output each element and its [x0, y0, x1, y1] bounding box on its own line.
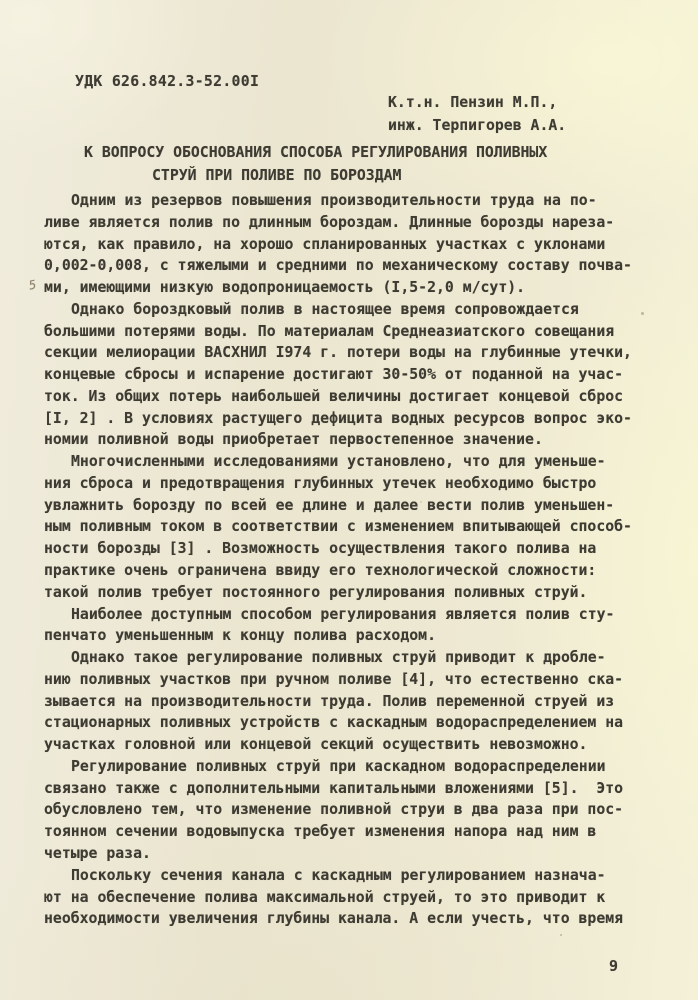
text-line: номии поливной воды приобретает первосте… [44, 429, 684, 451]
text-line: [I, 2] . В условиях растущего дефицита в… [44, 408, 684, 430]
margin-pencil-mark: 5 [28, 277, 38, 292]
text-line: ным поливным током в соответствии с изме… [44, 516, 684, 538]
text-line: ми, имеющими низкую водопроницаемость (I… [44, 277, 684, 299]
text-line: Поскольку сечения канала с каскадным рег… [44, 865, 684, 887]
text-line: ют на обеспечение полива максимальной ст… [44, 887, 684, 909]
text-line: Регулирование поливных струй при каскадн… [44, 756, 684, 778]
text-line: Наиболее доступным способом регулировани… [44, 604, 684, 626]
text-line: тоянном сечении водовыпуска требует изме… [44, 821, 684, 843]
text-line: связано также с дополнительными капиталь… [44, 778, 684, 800]
text-line: ливе является полив по длинным бороздам.… [44, 212, 684, 234]
paragraph: Однако такое регулирование поливных стру… [44, 647, 684, 756]
text-line: Однако такое регулирование поливных стру… [44, 647, 684, 669]
scanned-paper-page: УДК 626.842.3-52.00I К.т.н. Пензин М.П.,… [0, 0, 698, 1000]
paragraph: Многочисленными исследованиями установле… [44, 451, 684, 603]
text-line: ются, как правило, на хорошо спланирован… [44, 234, 684, 256]
title-line: К ВОПРОСУ ОБОСНОВАНИЯ СПОСОБА РЕГУЛИРОВА… [84, 141, 547, 164]
text-line: участках головной или концевой секций ос… [44, 734, 684, 756]
text-line: ности борозды [3] . Возможность осуществ… [44, 538, 684, 560]
text-line: ния сброса и предотвращения глубинных ут… [44, 473, 684, 495]
text-line: 0,002-0,008, с тяжелыми и средними по ме… [44, 255, 684, 277]
text-line: Многочисленными исследованиями установле… [44, 451, 684, 473]
paragraph: Поскольку сечения канала с каскадным рег… [44, 865, 684, 930]
document-body: Одним из резервов повышения производител… [44, 190, 684, 930]
scan-speck [641, 312, 644, 315]
text-line: обусловлено тем, что изменение поливной … [44, 799, 684, 821]
paragraph: Наиболее доступным способом регулировани… [44, 604, 684, 648]
authors-block: К.т.н. Пензин М.П., инж. Терпигорев А.А. [388, 91, 566, 137]
text-line: концевые сбросы и испарение достигают 30… [44, 364, 684, 386]
author-line: инж. Терпигорев А.А. [388, 114, 566, 137]
udk-classification: УДК 626.842.3-52.00I [75, 70, 259, 93]
text-line: Однако бороздковый полив в настоящее вре… [44, 299, 684, 321]
scan-speck [420, 501, 422, 503]
page-number: 9 [609, 955, 618, 977]
text-line: ток. Из общих потерь наибольшей величины… [44, 386, 684, 408]
text-line: Одним из резервов повышения производител… [44, 190, 684, 212]
text-line: такой полив требует постоянного регулиро… [44, 582, 684, 604]
text-line: стационарных поливных устройств с каскад… [44, 712, 684, 734]
text-line: секции мелиорации ВАСХНИЛ I974 г. потери… [44, 342, 684, 364]
title-line: СТРУЙ ПРИ ПОЛИВЕ ПО БОРОЗДАМ [152, 164, 547, 187]
text-line: необходимости увеличения глубины канала.… [44, 908, 684, 930]
scan-speck [560, 934, 562, 936]
text-line: практике очень ограничена ввиду его техн… [44, 560, 684, 582]
text-line: увлажнить борозду по всей ее длине и дал… [44, 495, 684, 517]
paragraph: Регулирование поливных струй при каскадн… [44, 756, 684, 865]
text-line: нию поливных участков при ручном поливе … [44, 669, 684, 691]
text-line: пенчато уменьшенным к концу полива расхо… [44, 625, 684, 647]
text-line: зывается на производительности труда. По… [44, 691, 684, 713]
paragraph: Однако бороздковый полив в настоящее вре… [44, 299, 684, 451]
paper-title: К ВОПРОСУ ОБОСНОВАНИЯ СПОСОБА РЕГУЛИРОВА… [84, 141, 547, 187]
text-line: четыре раза. [44, 843, 684, 865]
author-line: К.т.н. Пензин М.П., [388, 91, 566, 114]
text-line: большими потерями воды. По материалам Ср… [44, 321, 684, 343]
paragraph: Одним из резервов повышения производител… [44, 190, 684, 299]
